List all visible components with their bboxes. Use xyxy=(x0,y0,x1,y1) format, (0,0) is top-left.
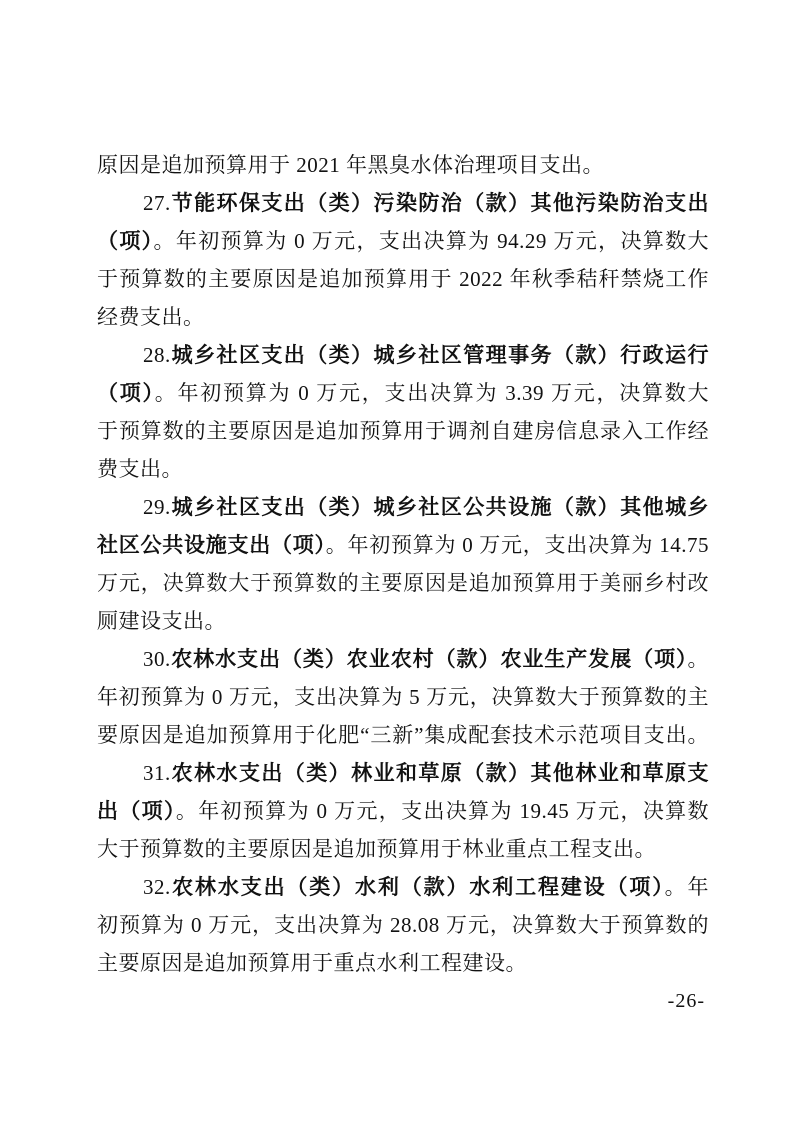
page-number: -26- xyxy=(668,988,705,1014)
body-segment: 。 xyxy=(688,647,710,671)
text-line: 初预算为 0 万元，支出决算为 28.08 万元，决算数大于预算数的 xyxy=(97,906,709,944)
heading-segment: 城乡社区支出（类）城乡社区管理事务（款）行政运行 xyxy=(171,344,709,367)
text-line: 于预算数的主要原因是追加预算用于 2022 年秋季秸秆禁烧工作 xyxy=(97,260,709,298)
text-line: 原因是追加预算用于 2021 年黑臭水体治理项目支出。 xyxy=(97,146,709,184)
text-line: 28.城乡社区支出（类）城乡社区管理事务（款）行政运行 xyxy=(97,336,709,374)
document-body: 原因是追加预算用于 2021 年黑臭水体治理项目支出。27.节能环保支出（类）污… xyxy=(97,146,709,982)
body-segment: 厕建设支出。 xyxy=(97,609,226,633)
item-number: 27. xyxy=(143,191,171,215)
heading-segment: 农林水支出（类）农业农村（款）农业生产发展（项） xyxy=(171,648,688,671)
heading-segment: 农林水支出（类）水利（款）水利工程建设（项） xyxy=(171,876,665,899)
body-segment: 万元，决算数大于预算数的主要原因是追加预算用于美丽乡村改 xyxy=(97,571,709,595)
heading-segment: （项） xyxy=(97,230,154,253)
text-line: 经费支出。 xyxy=(97,298,709,336)
body-segment: 经费支出。 xyxy=(97,305,205,329)
text-line: 27.节能环保支出（类）污染防治（款）其他污染防治支出 xyxy=(97,184,709,222)
text-line: 年初预算为 0 万元，支出决算为 5 万元，决算数大于预算数的主 xyxy=(97,678,709,716)
text-line: 主要原因是追加预算用于重点水利工程建设。 xyxy=(97,944,709,982)
text-line: 29.城乡社区支出（类）城乡社区公共设施（款）其他城乡 xyxy=(97,488,709,526)
item-number: 29. xyxy=(143,495,171,519)
text-line: 32.农林水支出（类）水利（款）水利工程建设（项）。年 xyxy=(97,868,709,906)
text-line: 于预算数的主要原因是追加预算用于调剂自建房信息录入工作经 xyxy=(97,412,709,450)
body-segment: 。年初预算为 0 万元，支出决算为 94.29 万元，决算数大 xyxy=(154,229,709,253)
body-segment: 大于预算数的主要原因是追加预算用于林业重点工程支出。 xyxy=(97,837,656,861)
text-line: 大于预算数的主要原因是追加预算用于林业重点工程支出。 xyxy=(97,830,709,868)
item-number: 31. xyxy=(143,761,171,785)
item-number: 32. xyxy=(143,875,171,899)
body-segment: 原因是追加预算用于 2021 年黑臭水体治理项目支出。 xyxy=(97,153,604,177)
body-segment: 。年初预算为 0 万元，支出决算为 3.39 万元，决算数大 xyxy=(155,381,709,405)
text-line: 出（项）。年初预算为 0 万元，支出决算为 19.45 万元，决算数 xyxy=(97,792,709,830)
body-segment: 。年初预算为 0 万元，支出决算为 19.45 万元，决算数 xyxy=(176,799,709,823)
body-segment: 要原因是追加预算用于化肥“三新”集成配套技术示范项目支出。 xyxy=(97,723,709,747)
text-line: （项）。年初预算为 0 万元，支出决算为 3.39 万元，决算数大 xyxy=(97,374,709,412)
heading-segment: 节能环保支出（类）污染防治（款）其他污染防治支出 xyxy=(171,192,709,215)
text-line: 厕建设支出。 xyxy=(97,602,709,640)
heading-segment: 出（项） xyxy=(97,800,176,823)
heading-segment: 城乡社区支出（类）城乡社区公共设施（款）其他城乡 xyxy=(171,496,709,519)
body-segment: 。年初预算为 0 万元，支出决算为 14.75 xyxy=(326,533,709,557)
text-line: 社区公共设施支出（项）。年初预算为 0 万元，支出决算为 14.75 xyxy=(97,526,709,564)
body-segment: 主要原因是追加预算用于重点水利工程建设。 xyxy=(97,951,527,975)
text-line: （项）。年初预算为 0 万元，支出决算为 94.29 万元，决算数大 xyxy=(97,222,709,260)
body-segment: 年初预算为 0 万元，支出决算为 5 万元，决算数大于预算数的主 xyxy=(97,685,709,709)
body-segment: 。年 xyxy=(665,875,709,899)
text-line: 要原因是追加预算用于化肥“三新”集成配套技术示范项目支出。 xyxy=(97,716,709,754)
text-line: 31.农林水支出（类）林业和草原（款）其他林业和草原支 xyxy=(97,754,709,792)
heading-segment: 农林水支出（类）林业和草原（款）其他林业和草原支 xyxy=(171,762,709,785)
text-line: 费支出。 xyxy=(97,450,709,488)
heading-segment: （项） xyxy=(97,382,155,405)
text-line: 30.农林水支出（类）农业农村（款）农业生产发展（项）。 xyxy=(97,640,709,678)
item-number: 28. xyxy=(143,343,171,367)
document-page: 原因是追加预算用于 2021 年黑臭水体治理项目支出。27.节能环保支出（类）污… xyxy=(0,0,793,1122)
item-number: 30. xyxy=(143,647,171,671)
heading-segment: 社区公共设施支出（项） xyxy=(97,534,326,557)
body-segment: 于预算数的主要原因是追加预算用于调剂自建房信息录入工作经 xyxy=(97,419,709,443)
body-segment: 费支出。 xyxy=(97,457,183,481)
body-segment: 初预算为 0 万元，支出决算为 28.08 万元，决算数大于预算数的 xyxy=(97,913,709,937)
text-line: 万元，决算数大于预算数的主要原因是追加预算用于美丽乡村改 xyxy=(97,564,709,602)
body-segment: 于预算数的主要原因是追加预算用于 2022 年秋季秸秆禁烧工作 xyxy=(97,267,709,291)
